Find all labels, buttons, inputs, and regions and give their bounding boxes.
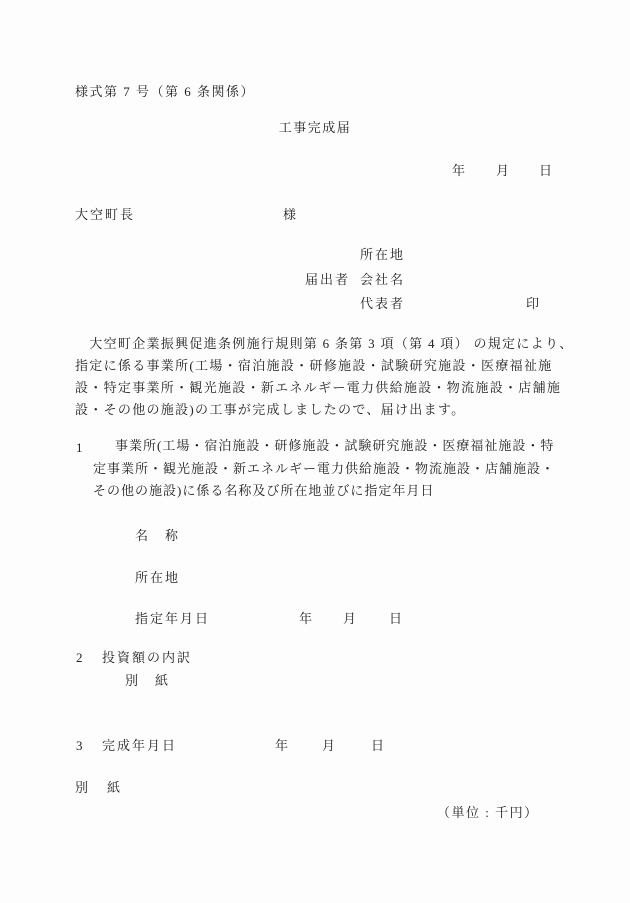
item-2-text: 投資額の内訳	[102, 650, 192, 665]
document-page: 様式第 7 号（第 6 条関係） 工事完成届 年 月 日 大空町長 様 所在地 …	[0, 0, 630, 903]
item-1-name-label: 名 称	[135, 528, 180, 543]
item-3-number: 3	[76, 738, 83, 753]
item-1-address-label: 所在地	[135, 570, 180, 585]
submitter-address-label: 所在地	[360, 247, 405, 262]
unit-note: （単位 : 千円）	[437, 805, 539, 820]
item-1-designation-date-label: 指定年月日	[135, 611, 210, 626]
issue-date-day-label: 日	[539, 163, 554, 178]
issue-date-month-label: 月	[496, 163, 511, 178]
item-3-date-year-label: 年	[275, 738, 290, 753]
submitter-label: 届出者	[305, 272, 350, 287]
item-1-number: 1	[76, 440, 83, 455]
addressee-honorific: 様	[283, 207, 298, 222]
document-title: 工事完成届	[0, 120, 630, 135]
item-1-date-day-label: 日	[389, 611, 404, 626]
item-3-text: 完成年月日	[102, 738, 177, 753]
item-1-text: 事業所(工場・宿泊施設・研修施設・試験研究施設・医療福祉施設・特 定事業所・観光…	[93, 435, 573, 503]
attachment-label: 別 紙	[75, 780, 123, 795]
item-2-note: 別 紙	[125, 673, 170, 688]
form-number: 様式第 7 号（第 6 条関係）	[75, 84, 255, 99]
issue-date-year-label: 年	[452, 163, 467, 178]
item-1-date-month-label: 月	[343, 611, 358, 626]
addressee-name: 大空町長	[75, 207, 135, 222]
submitter-company-label: 会社名	[360, 272, 405, 287]
item-3-date-month-label: 月	[322, 738, 337, 753]
submitter-representative-label: 代表者	[360, 296, 405, 311]
body-paragraph: 大空町企業振興促進条例施行規則第 6 条第 3 項（第 4 項） の規定により、…	[75, 333, 580, 421]
item-2-number: 2	[76, 650, 83, 665]
item-3-date-day-label: 日	[371, 738, 386, 753]
seal-mark: 印	[526, 296, 541, 311]
item-1-date-year-label: 年	[299, 611, 314, 626]
